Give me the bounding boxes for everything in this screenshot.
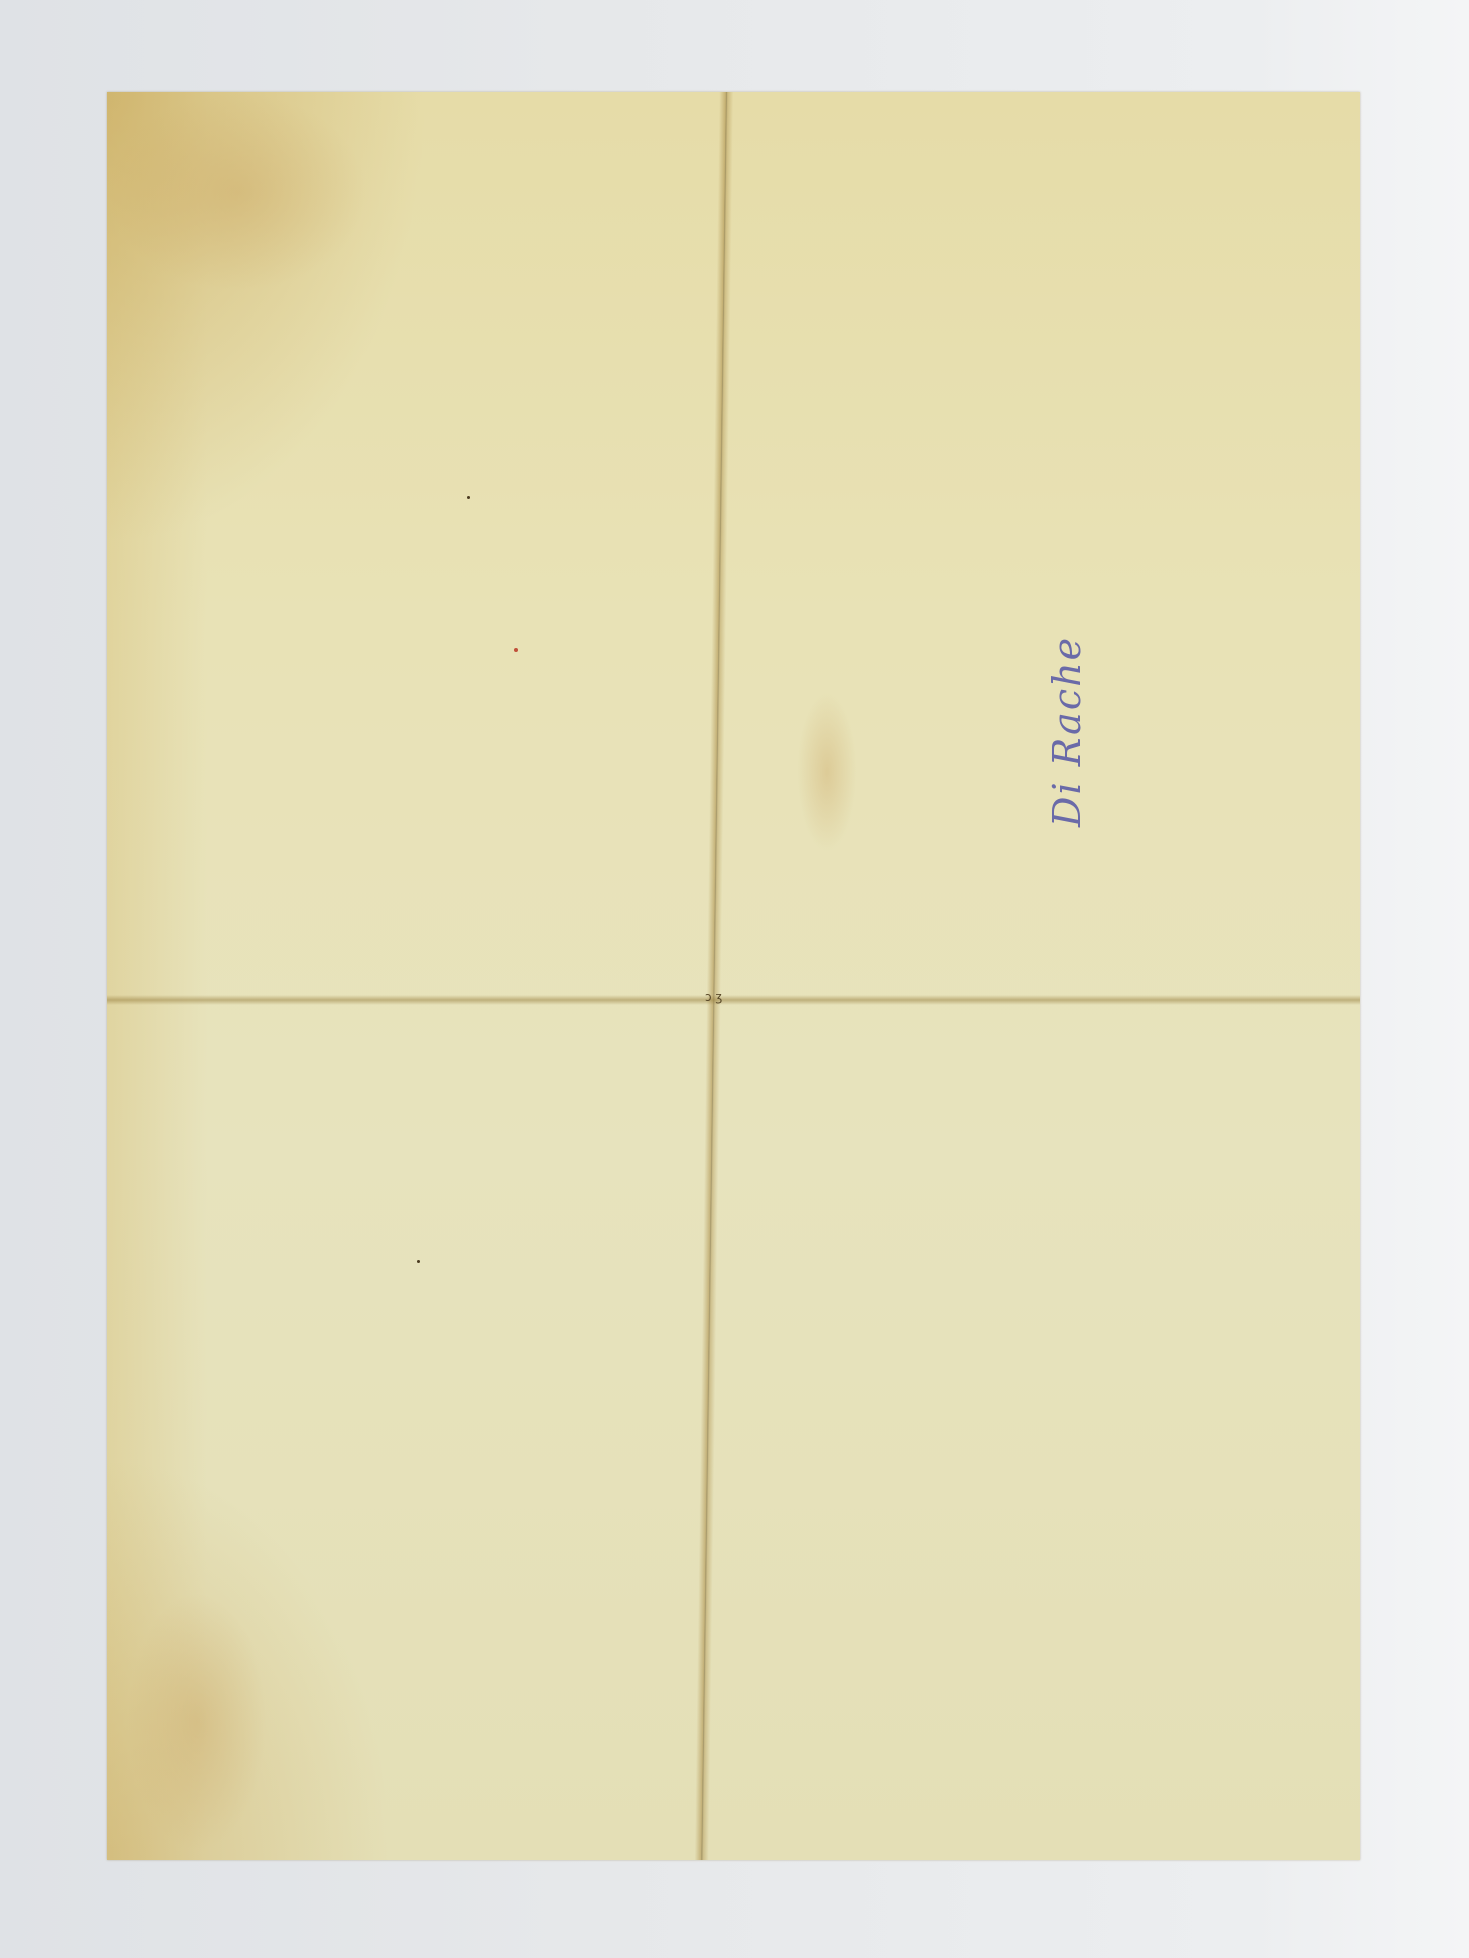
- paper-sheet: ɔ ʒ Di Rache: [107, 92, 1360, 1860]
- age-stain: [797, 692, 857, 852]
- dark-speck: [467, 496, 470, 499]
- horizontal-fold-crease: [107, 995, 1360, 1005]
- fold-mark: ɔ ʒ: [705, 990, 722, 1004]
- handwritten-note: Di Rache: [1042, 647, 1092, 827]
- red-speck: [514, 648, 518, 652]
- dark-speck: [417, 1260, 420, 1263]
- age-stain: [127, 1592, 267, 1852]
- vertical-fold-crease: [695, 92, 734, 1860]
- age-stain: [107, 92, 367, 292]
